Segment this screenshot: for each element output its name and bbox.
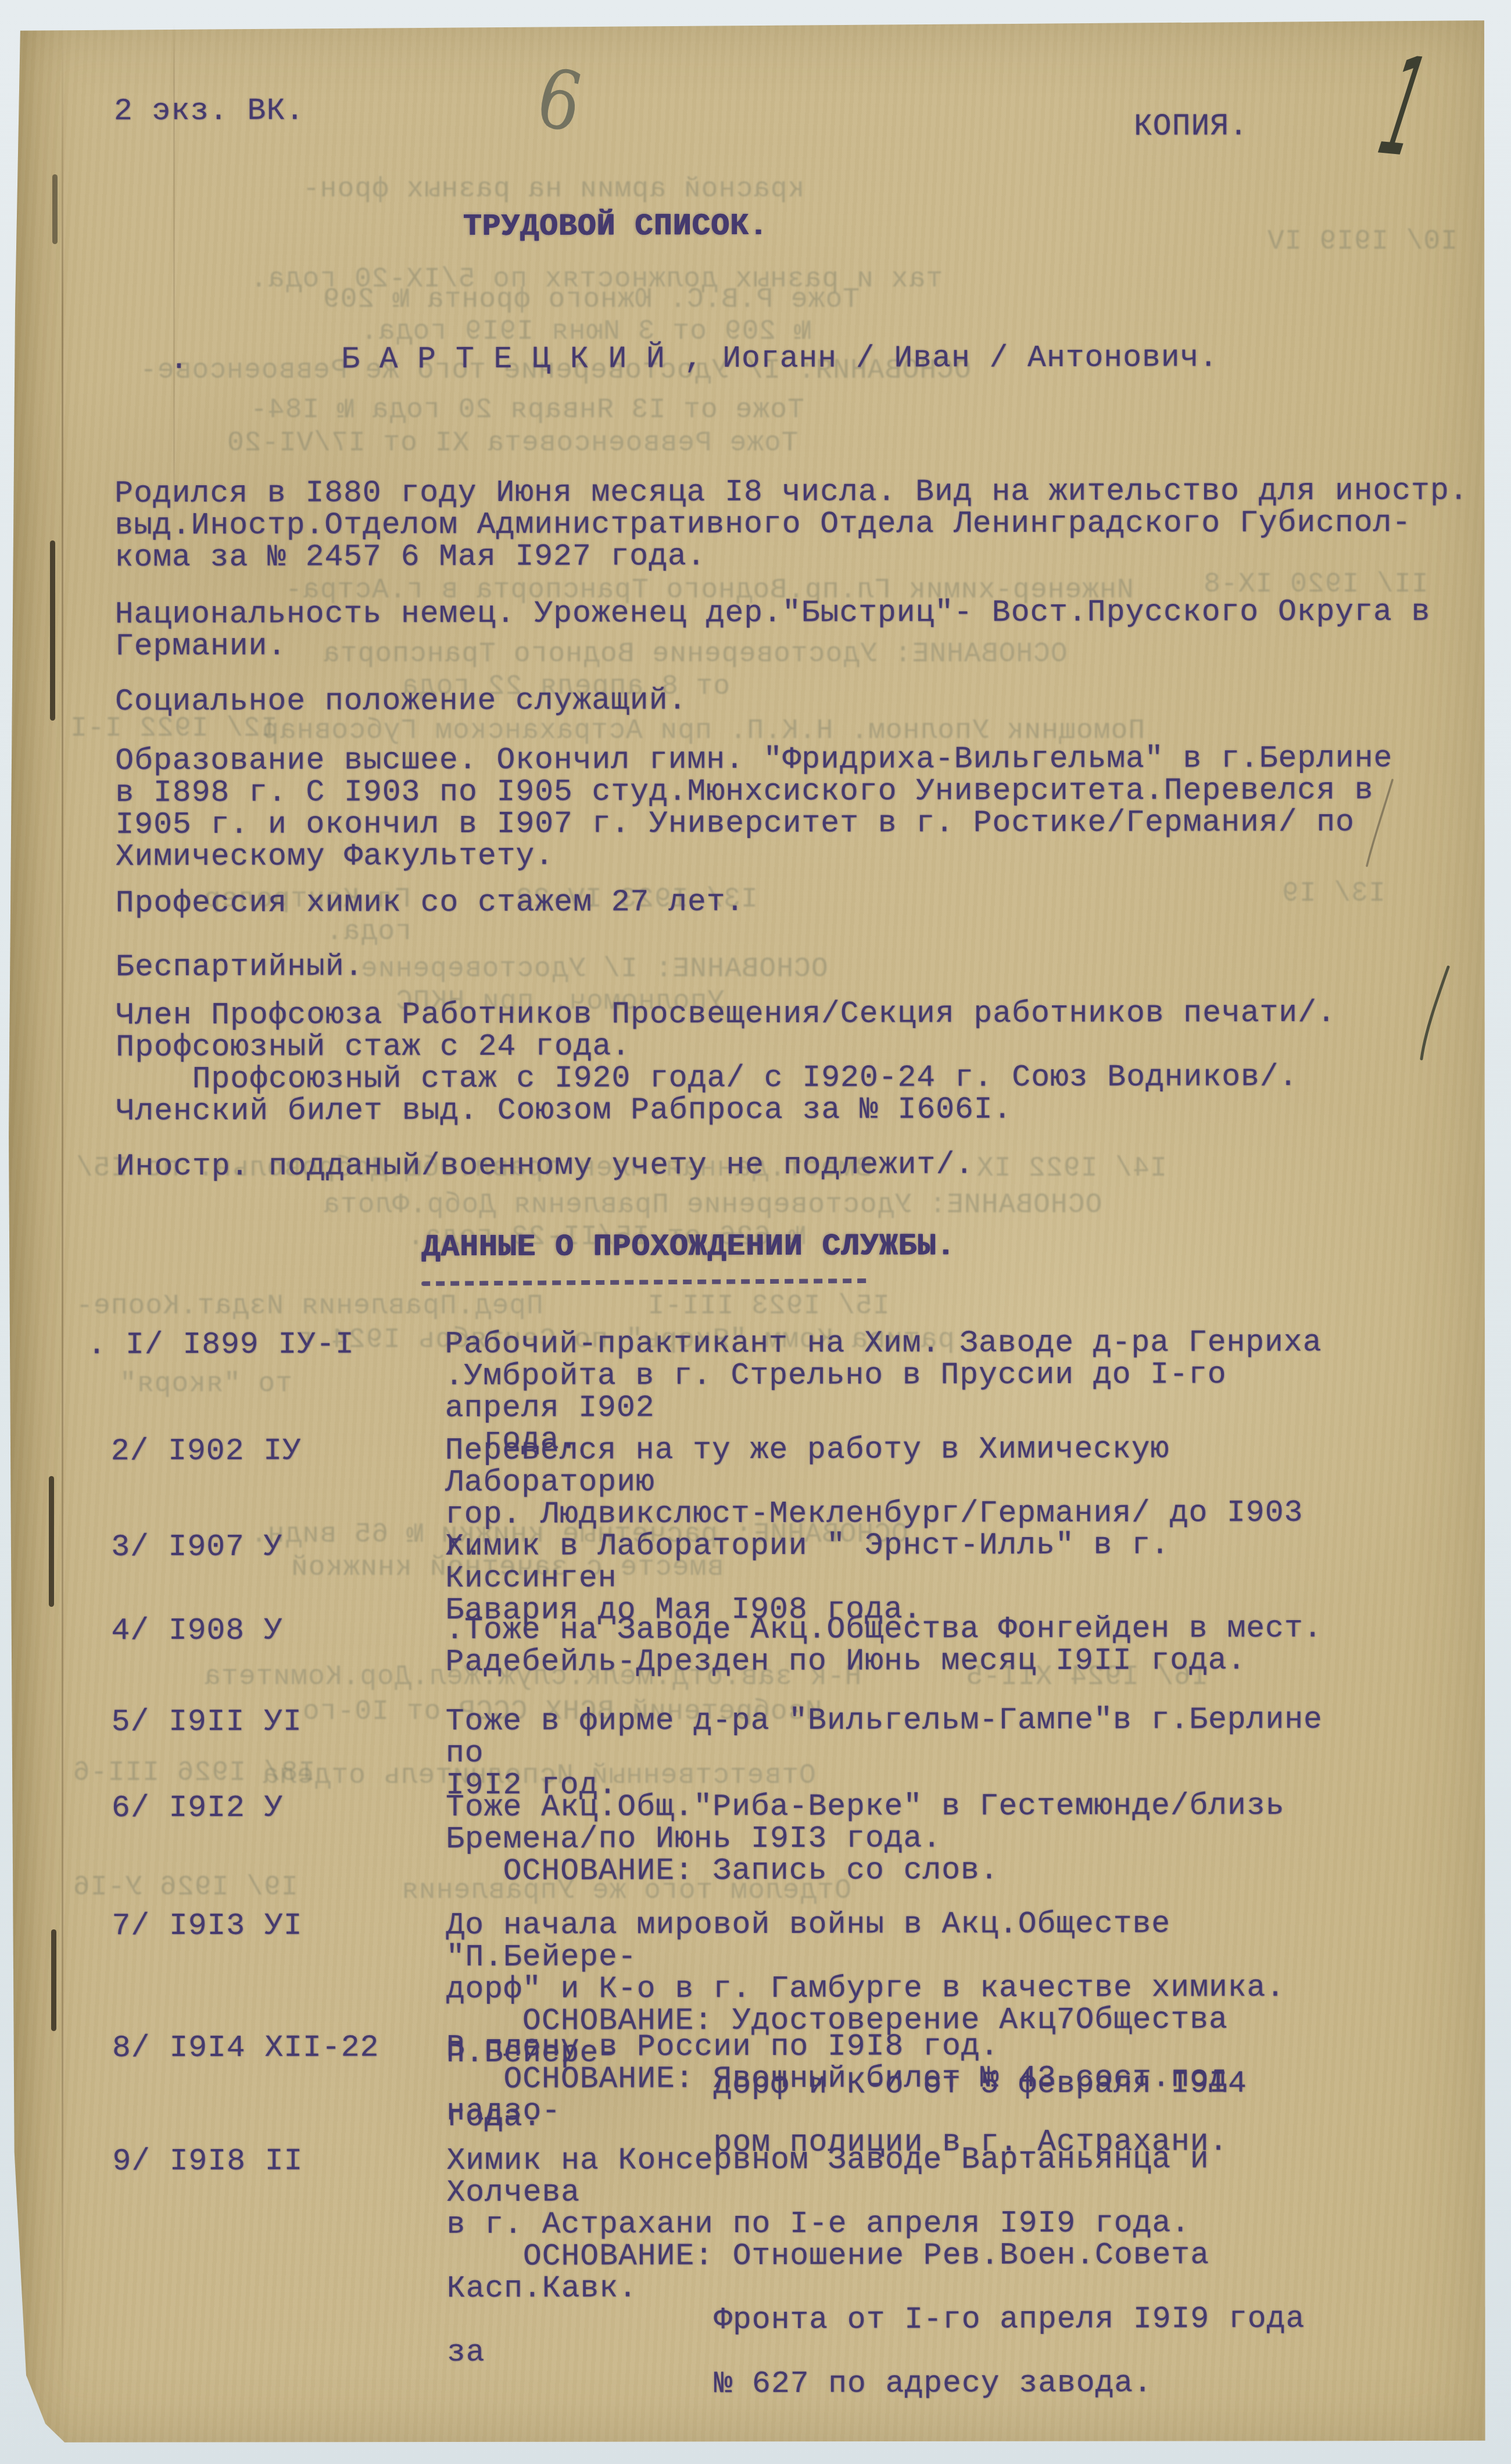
entry-date: 6/ I9I2 У: [112, 1792, 283, 1825]
entry-date: 4/ I908 У: [111, 1615, 282, 1648]
education-paragraph: Образование высшее. Окончил гимн. "Фридр…: [115, 743, 1392, 873]
entry-date: 2/ I902 IУ: [111, 1435, 302, 1468]
person-name-line: . Б А Р Т Е Ц К И Й , Иоганн / Иван / Ан…: [170, 342, 1218, 376]
military-status-paragraph: Иностр. подданый/военному учету не подле…: [116, 1149, 974, 1183]
entry-date: 8/ I9I4 XII-22: [112, 2032, 379, 2064]
union-paragraph: Член Профсоюза Работников Просвещения/Се…: [116, 997, 1336, 1127]
section-underline: [421, 1278, 869, 1286]
document-scan: красной армии на разных фрон-тах и разны…: [0, 0, 1511, 2464]
nationality-paragraph: Национальность немец. Уроженец дер."Быст…: [115, 596, 1431, 663]
entry-date: 7/ I9I3 УI: [112, 1910, 302, 1943]
entry-description: В плену в России по I9I8 год. ОСНОВАНИЕ:…: [446, 2030, 1353, 2159]
service-section-header: ДАННЫЕ О ПРОХОЖДЕНИИ СЛУЖБЫ.: [421, 1230, 955, 1263]
copy-count-note: 2 экз. ВК.: [114, 95, 305, 128]
entry-date: 3/ I907 У: [111, 1531, 282, 1564]
entry-description: Тоже в фирме д-ра "Вильгельм-Гампе"в г.Б…: [446, 1704, 1352, 1802]
entry-date: 5/ I9II УI: [112, 1706, 302, 1739]
entry-date: . I/ I899 IУ-I: [87, 1328, 354, 1361]
copy-label: КОПИЯ.: [1134, 110, 1248, 142]
document-title: ТРУДОВОЙ СПИСОК.: [463, 210, 768, 243]
birth-paragraph: Родился в I880 году Июня месяца I8 числа…: [114, 475, 1469, 574]
social-status-paragraph: Социальное положение служащий.: [115, 685, 687, 718]
entry-description: .Тоже на Заводе Акц.Общества Фонгейден в…: [445, 1613, 1352, 1678]
entry-description: Тоже Акц.Общ."Риба-Верке" в Гестемюнде/б…: [446, 1790, 1352, 1888]
profession-paragraph: Профессия химик со стажем 27 лет.: [116, 886, 745, 919]
entry-date: 9/ I9I8 II: [112, 2146, 303, 2178]
entry-description: Химик на Консервном Заводе Вартаньянца и…: [446, 2143, 1354, 2401]
party-status-paragraph: Беспартийный.: [116, 951, 364, 983]
typed-text-layer: 2 экз. ВК. КОПИЯ. ТРУДОВОЙ СПИСОК. . Б А…: [0, 0, 1511, 2464]
